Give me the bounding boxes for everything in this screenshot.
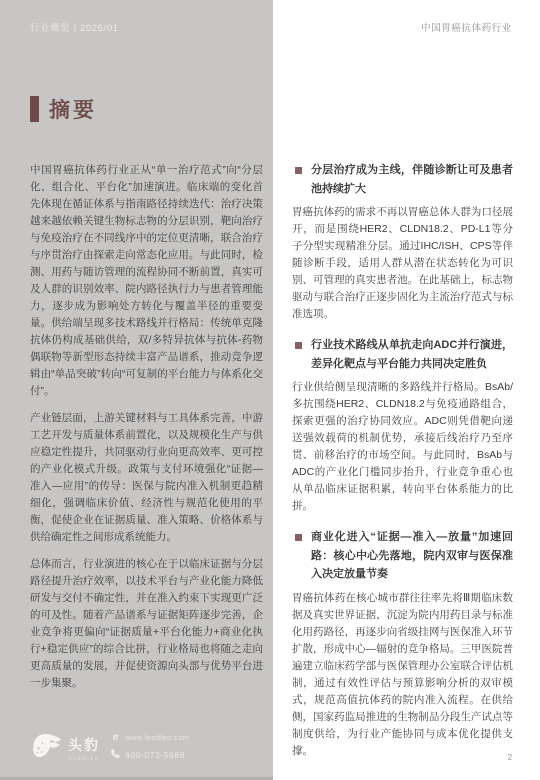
summary-paragraph: 产业链层面，上游关键材料与工具体系完善，中游工艺开发与质量体系前置化，以及规模化…: [30, 410, 263, 546]
key-point-heading-text: 分层治疗成为主线，伴随诊断让可及患者池持续扩大: [311, 161, 513, 198]
phone-icon: [110, 746, 121, 764]
key-point-body: 胃癌抗体药的需求不再以胃癌总体人群为口径展开，而是围绕HER2、CLDN18.2…: [292, 204, 513, 323]
summary-title-block: 摘要: [30, 94, 97, 124]
phone-row: 400-072-5588: [110, 746, 189, 764]
square-bullet-icon: [295, 342, 302, 349]
summary-right-column: 分层治疗成为主线，伴随诊断让可及患者池持续扩大 胃癌抗体药的需求不再以胃癌总体人…: [292, 161, 513, 773]
report-page: 行业概览 | 2026/01 中国胃癌抗体药行业 摘要 中国胃癌抗体药行业正从“…: [0, 0, 540, 780]
key-point-section: 分层治疗成为主线，伴随诊断让可及患者池持续扩大 胃癌抗体药的需求不再以胃癌总体人…: [292, 161, 513, 323]
brand-name: 头豹: [68, 735, 100, 755]
brand-subname: LeadLeo: [69, 756, 99, 762]
key-point-heading-text: 行业技术路线从单抗走向ADC并行演进，差异化靶点与平台能力共同决定胜负: [311, 336, 513, 373]
page-number: 2: [508, 753, 512, 762]
key-point-body: 胃癌抗体药在核心城市群往往率先将Ⅲ期临床数据及真实世界证据，沉淀为院内用药目录与…: [292, 590, 513, 760]
key-point-section: 行业技术路线从单抗走向ADC并行演进，差异化靶点与平台能力共同决定胜负 行业供给…: [292, 336, 513, 515]
page-title: 摘要: [49, 94, 97, 124]
square-bullet-icon: [295, 167, 302, 174]
key-point-section: 商业化进入“证据—准入—放量”加速回路：核心中心先落地，院内双审与医保准入决定放…: [292, 528, 513, 760]
square-bullet-icon: [295, 534, 302, 541]
website-row: e www.leadleo.com: [110, 732, 189, 743]
key-point-body: 行业供给侧呈现清晰的多路线并行格局。BsAb/多抗围绕HER2、CLDN18.2…: [292, 379, 513, 515]
brand-name-block: 头豹 LeadLeo: [68, 735, 100, 762]
key-point-heading: 分层治疗成为主线，伴随诊断让可及患者池持续扩大: [292, 161, 513, 198]
summary-left-column: 中国胃癌抗体药行业正从“单一治疗范式”向“分层化、组合化、平台化”加速演进。临床…: [30, 162, 263, 702]
summary-paragraph: 总体而言，行业演进的核心在于以临床证据与分层路径提升治疗效率，以技术平台与产业化…: [30, 556, 263, 692]
key-point-heading-text: 商业化进入“证据—准入—放量”加速回路：核心中心先落地，院内双审与医保准入决定放…: [311, 528, 513, 584]
phone-text: 400-072-5588: [125, 750, 185, 760]
globe-icon: e: [110, 732, 121, 743]
key-point-heading: 行业技术路线从单抗走向ADC并行演进，差异化靶点与平台能力共同决定胜负: [292, 336, 513, 373]
summary-paragraph: 中国胃癌抗体药行业正从“单一治疗范式”向“分层化、组合化、平台化”加速演进。临床…: [30, 162, 263, 400]
leopard-icon: [32, 733, 62, 764]
header-left-label: 行业概览 | 2026/01: [30, 20, 119, 34]
header-right-label: 中国胃癌抗体药行业: [421, 20, 512, 34]
footer-contact-block: e www.leadleo.com 400-072-5588: [110, 732, 189, 764]
key-point-heading: 商业化进入“证据—准入—放量”加速回路：核心中心先落地，院内双审与医保准入决定放…: [292, 528, 513, 584]
website-text: www.leadleo.com: [125, 733, 189, 742]
footer-brand-block: 头豹 LeadLeo e www.leadleo.com 400-072-558…: [32, 732, 189, 764]
title-accent-bar: [30, 96, 39, 122]
